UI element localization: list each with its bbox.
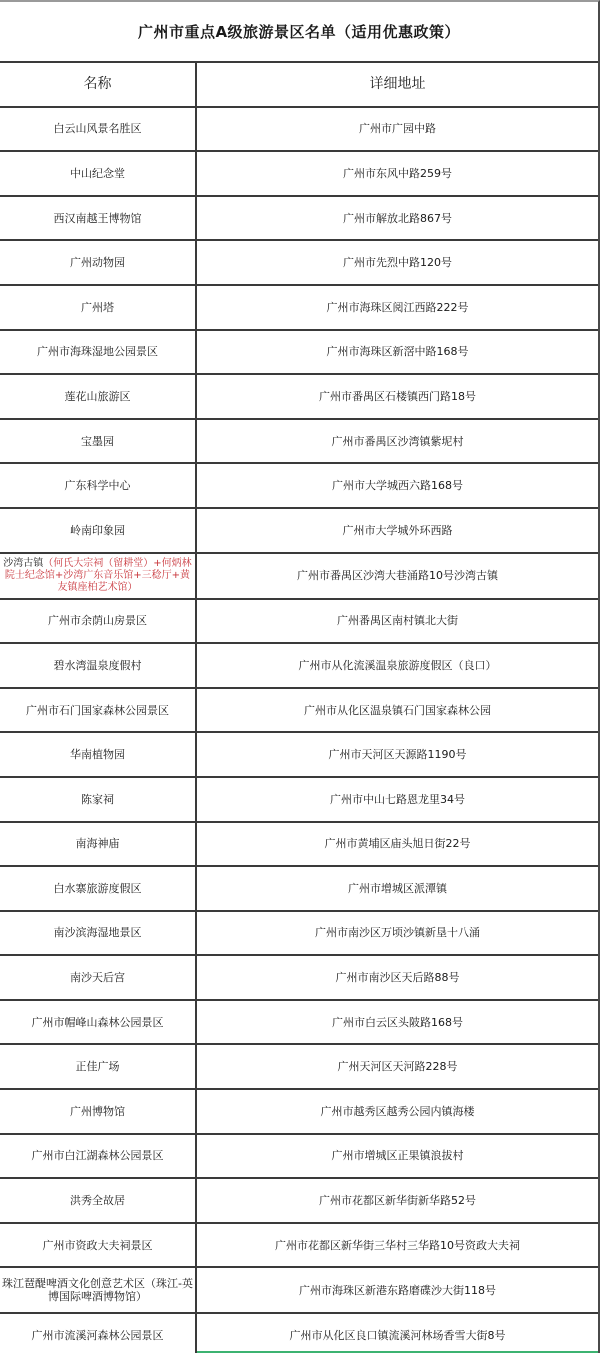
attraction-name: 广州塔 xyxy=(0,286,197,331)
attraction-address: 广州市白云区头陂路168号 xyxy=(197,1001,598,1046)
attraction-name: 白水寨旅游度假区 xyxy=(0,867,197,912)
attraction-address: 广州市大学城西六路168号 xyxy=(197,464,598,509)
attraction-name-main: 沙湾古镇 xyxy=(3,558,43,569)
attraction-address: 广州番禺区南村镇北大街 xyxy=(197,600,598,645)
attraction-name: 陈家祠 xyxy=(0,778,197,823)
attraction-name: 华南植物园 xyxy=(0,733,197,778)
attraction-name: 宝墨园 xyxy=(0,420,197,465)
attraction-name: 广东科学中心 xyxy=(0,464,197,509)
attraction-address: 广州市从化流溪温泉旅游度假区（良口） xyxy=(197,644,598,689)
attraction-address: 广州市海珠区新滘中路168号 xyxy=(197,331,598,376)
attraction-address: 广州市先烈中路120号 xyxy=(197,241,598,286)
attraction-address: 广州市从化区良口镇流溪河林场香雪大街8号 xyxy=(197,1314,598,1353)
attraction-name: 中山纪念堂 xyxy=(0,152,197,197)
attraction-name: 岭南印象园 xyxy=(0,509,197,554)
attraction-name: 西汉南越王博物馆 xyxy=(0,197,197,242)
column-header-address: 详细地址 xyxy=(197,63,598,108)
table-title: 广州市重点A级旅游景区名单（适用优惠政策） xyxy=(138,21,460,42)
attraction-name: 南沙天后宫 xyxy=(0,956,197,1001)
attraction-address: 广州市中山七路恩龙里34号 xyxy=(197,778,598,823)
column-header-name: 名称 xyxy=(0,63,197,108)
table-title-row: 广州市重点A级旅游景区名单（适用优惠政策） xyxy=(0,2,598,63)
attraction-address: 广州市东风中路259号 xyxy=(197,152,598,197)
attraction-name: 珠江琶醍啤酒文化创意艺术区（珠江-英博国际啤酒博物馆） xyxy=(0,1268,197,1314)
attraction-name: 广州市资政大夫祠景区 xyxy=(0,1224,197,1269)
attraction-address: 广州市南沙区天后路88号 xyxy=(197,956,598,1001)
attraction-name: 正佳广场 xyxy=(0,1045,197,1090)
attractions-table-document: 广州市重点A级旅游景区名单（适用优惠政策） 名称 详细地址 白云山风景名胜区 广… xyxy=(0,0,600,1353)
attraction-address: 广州市解放北路867号 xyxy=(197,197,598,242)
attraction-name: 洪秀全故居 xyxy=(0,1179,197,1224)
attraction-name: 广州市白江湖森林公园景区 xyxy=(0,1135,197,1180)
attraction-name: 白云山风景名胜区 xyxy=(0,108,197,153)
attraction-address: 广州市南沙区万顷沙镇新垦十八涌 xyxy=(197,912,598,957)
attraction-address: 广州市广园中路 xyxy=(197,108,598,153)
attraction-address: 广州市天河区天源路1190号 xyxy=(197,733,598,778)
attraction-address: 广州市番禺区石楼镇西门路18号 xyxy=(197,375,598,420)
attraction-address: 广州市番禺区沙湾镇紫坭村 xyxy=(197,420,598,465)
attraction-address: 广州市增城区派潭镇 xyxy=(197,867,598,912)
attraction-address: 广州市从化区温泉镇石门国家森林公园 xyxy=(197,689,598,734)
attraction-name: 碧水湾温泉度假村 xyxy=(0,644,197,689)
attraction-name: 广州市石门国家森林公园景区 xyxy=(0,689,197,734)
attraction-address: 广州市花都区新华街新华路52号 xyxy=(197,1179,598,1224)
attraction-address: 广州市增城区正果镇浪拔村 xyxy=(197,1135,598,1180)
attraction-name: 广州动物园 xyxy=(0,241,197,286)
attraction-name: 广州市帽峰山森林公园景区 xyxy=(0,1001,197,1046)
attractions-table: 名称 详细地址 白云山风景名胜区 广州市广园中路 中山纪念堂 广州市东风中路25… xyxy=(0,63,598,1353)
attraction-address: 广州市黄埔区庙头旭日街22号 xyxy=(197,823,598,868)
attraction-address: 广州天河区天河路228号 xyxy=(197,1045,598,1090)
attraction-name: 莲花山旅游区 xyxy=(0,375,197,420)
attraction-address: 广州市海珠区阅江西路222号 xyxy=(197,286,598,331)
attraction-name: 广州市海珠湿地公园景区 xyxy=(0,331,197,376)
attraction-name: 广州市余荫山房景区 xyxy=(0,600,197,645)
attraction-name: 沙湾古镇（何氏大宗祠（留耕堂）+何炳林院士纪念馆+沙湾广东音乐馆+三稔厅+黄友镇… xyxy=(0,554,197,600)
attraction-name: 南海神庙 xyxy=(0,823,197,868)
attraction-address: 广州市大学城外环西路 xyxy=(197,509,598,554)
attraction-name: 南沙滨海湿地景区 xyxy=(0,912,197,957)
attraction-address: 广州市花都区新华街三华村三华路10号资政大夫祠 xyxy=(197,1224,598,1269)
attraction-address: 广州市海珠区新港东路磨碟沙大街118号 xyxy=(197,1268,598,1314)
attraction-address: 广州市越秀区越秀公园内镇海楼 xyxy=(197,1090,598,1135)
attraction-name: 广州博物馆 xyxy=(0,1090,197,1135)
attraction-address: 广州市番禺区沙湾大巷涌路10号沙湾古镇 xyxy=(197,554,598,600)
attraction-name: 广州市流溪河森林公园景区 xyxy=(0,1314,197,1353)
